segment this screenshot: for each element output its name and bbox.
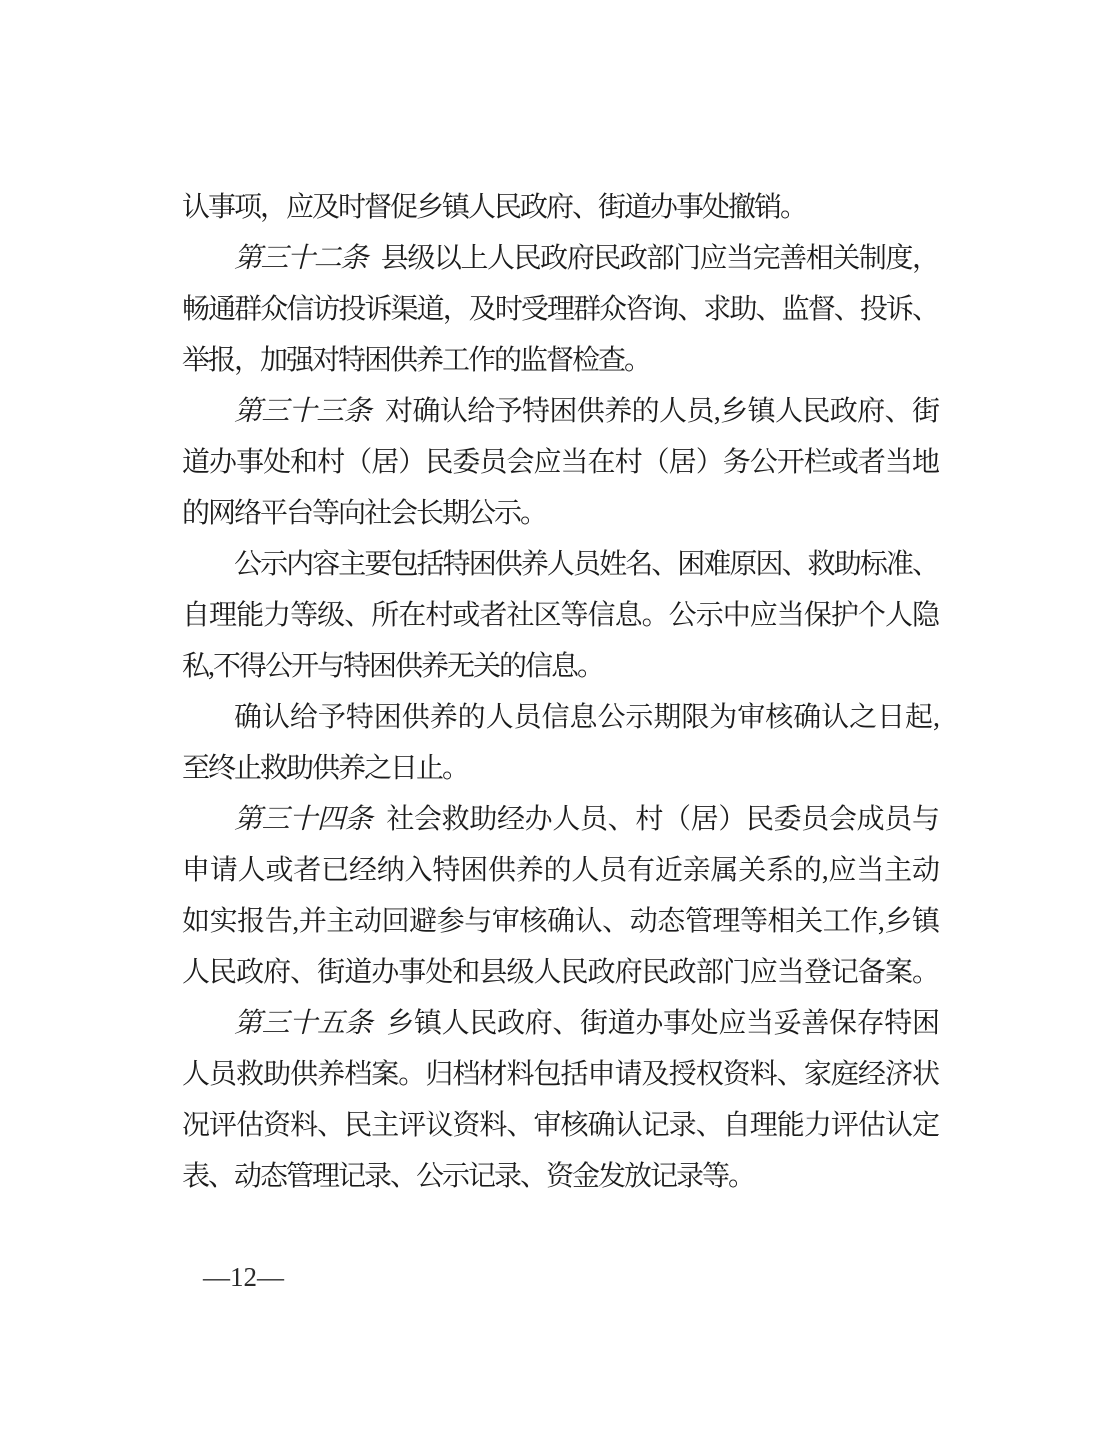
doc-line: 道办事处和村（居）民委员会应当在村（居）务公开栏或者当地 [182,437,938,488]
line-text: 社会救助经办人员、村（居）民委员会成员与 [386,804,938,835]
line-text: 道办事处和村（居）民委员会应当在村（居）务公开栏或者当地 [182,447,938,478]
doc-line: 表、动态管理记录、公示记录、资金发放记录等。 [182,1151,938,1202]
line-text: 的网络平台等向社会长期公示。 [182,498,546,529]
doc-line: 况评估资料、民主评议资料、审核确认记录、自理能力评估认定 [182,1100,938,1151]
doc-line: 人民政府、街道办事处和县级人民政府民政部门应当登记备案。 [182,947,938,998]
doc-line: 的网络平台等向社会长期公示。 [182,488,938,539]
doc-line: 第三十三条对确认给予特困供养的人员,乡镇人民政府、街 [182,386,938,437]
line-text: 确认给予特困供养的人员信息公示期限为审核确认之日起, [234,702,938,733]
doc-line: 公示内容主要包括特困供养人员姓名、困难原因、救助标准、 [182,539,938,590]
line-text: 畅通群众信访投诉渠道，及时受理群众咨询、求助、监督、投诉、 [182,294,938,325]
doc-line: 私,不得公开与特困供养无关的信息。 [182,641,938,692]
doc-line: 如实报告,并主动回避参与审核确认、动态管理等相关工作,乡镇 [182,896,938,947]
doc-line: 畅通群众信访投诉渠道，及时受理群众咨询、求助、监督、投诉、 [182,284,938,335]
line-text: 表、动态管理记录、公示记录、资金发放记录等。 [182,1161,754,1192]
line-text: 公示内容主要包括特困供养人员姓名、困难原因、救助标准、 [234,549,938,580]
doc-line: 人员救助供养档案。归档材料包括申请及授权资料、家庭经济状 [182,1049,938,1100]
line-text: 人民政府、街道办事处和县级人民政府民政部门应当登记备案。 [182,957,938,988]
doc-line: 确认给予特困供养的人员信息公示期限为审核确认之日起, [182,692,938,743]
line-text: 人员救助供养档案。归档材料包括申请及授权资料、家庭经济状 [182,1059,938,1090]
doc-line: 第三十二条县级以上人民政府民政部门应当完善相关制度， [182,233,938,284]
line-text: 自理能力等级、所在村或者社区等信息。公示中应当保护个人隐 [182,600,938,631]
doc-line: 第三十五条乡镇人民政府、街道办事处应当妥善保存特困 [182,998,938,1049]
article-number: 第三十五条 [234,1008,372,1039]
line-text: 对确认给予特困供养的人员,乡镇人民政府、街 [385,396,938,427]
doc-line: 至终止救助供养之日止。 [182,743,938,794]
article-number: 第三十四条 [234,804,372,835]
article-number: 第三十二条 [234,243,367,274]
text-block: 认事项，应及时督促乡镇人民政府、街道办事处撤销。 第三十二条县级以上人民政府民政… [182,182,938,1202]
document-page: 认事项，应及时督促乡镇人民政府、街道办事处撤销。 第三十二条县级以上人民政府民政… [0,0,1105,1430]
doc-line: 举报，加强对特困供养工作的监督检查。 [182,335,938,386]
line-text: 况评估资料、民主评议资料、审核确认记录、自理能力评估认定 [182,1110,938,1141]
line-text: 私,不得公开与特困供养无关的信息。 [182,651,603,682]
line-text: 县级以上人民政府民政部门应当完善相关制度， [381,243,938,274]
doc-line: 第三十四条社会救助经办人员、村（居）民委员会成员与 [182,794,938,845]
doc-line: 认事项，应及时督促乡镇人民政府、街道办事处撤销。 [182,182,938,233]
line-text: 申请人或者已经纳入特困供养的人员有近亲属关系的,应当主动 [182,855,938,886]
line-text: 认事项，应及时督促乡镇人民政府、街道办事处撤销。 [182,192,806,223]
doc-line: 申请人或者已经纳入特困供养的人员有近亲属关系的,应当主动 [182,845,938,896]
line-text: 乡镇人民政府、街道办事处应当妥善保存特困 [386,1008,938,1039]
page-number: —12— [203,1252,284,1303]
line-text: 至终止救助供养之日止。 [182,753,468,784]
doc-line: 自理能力等级、所在村或者社区等信息。公示中应当保护个人隐 [182,590,938,641]
line-text: 举报，加强对特困供养工作的监督检查。 [182,345,650,376]
article-number: 第三十三条 [234,396,371,427]
line-text: 如实报告,并主动回避参与审核确认、动态管理等相关工作,乡镇 [182,906,938,937]
